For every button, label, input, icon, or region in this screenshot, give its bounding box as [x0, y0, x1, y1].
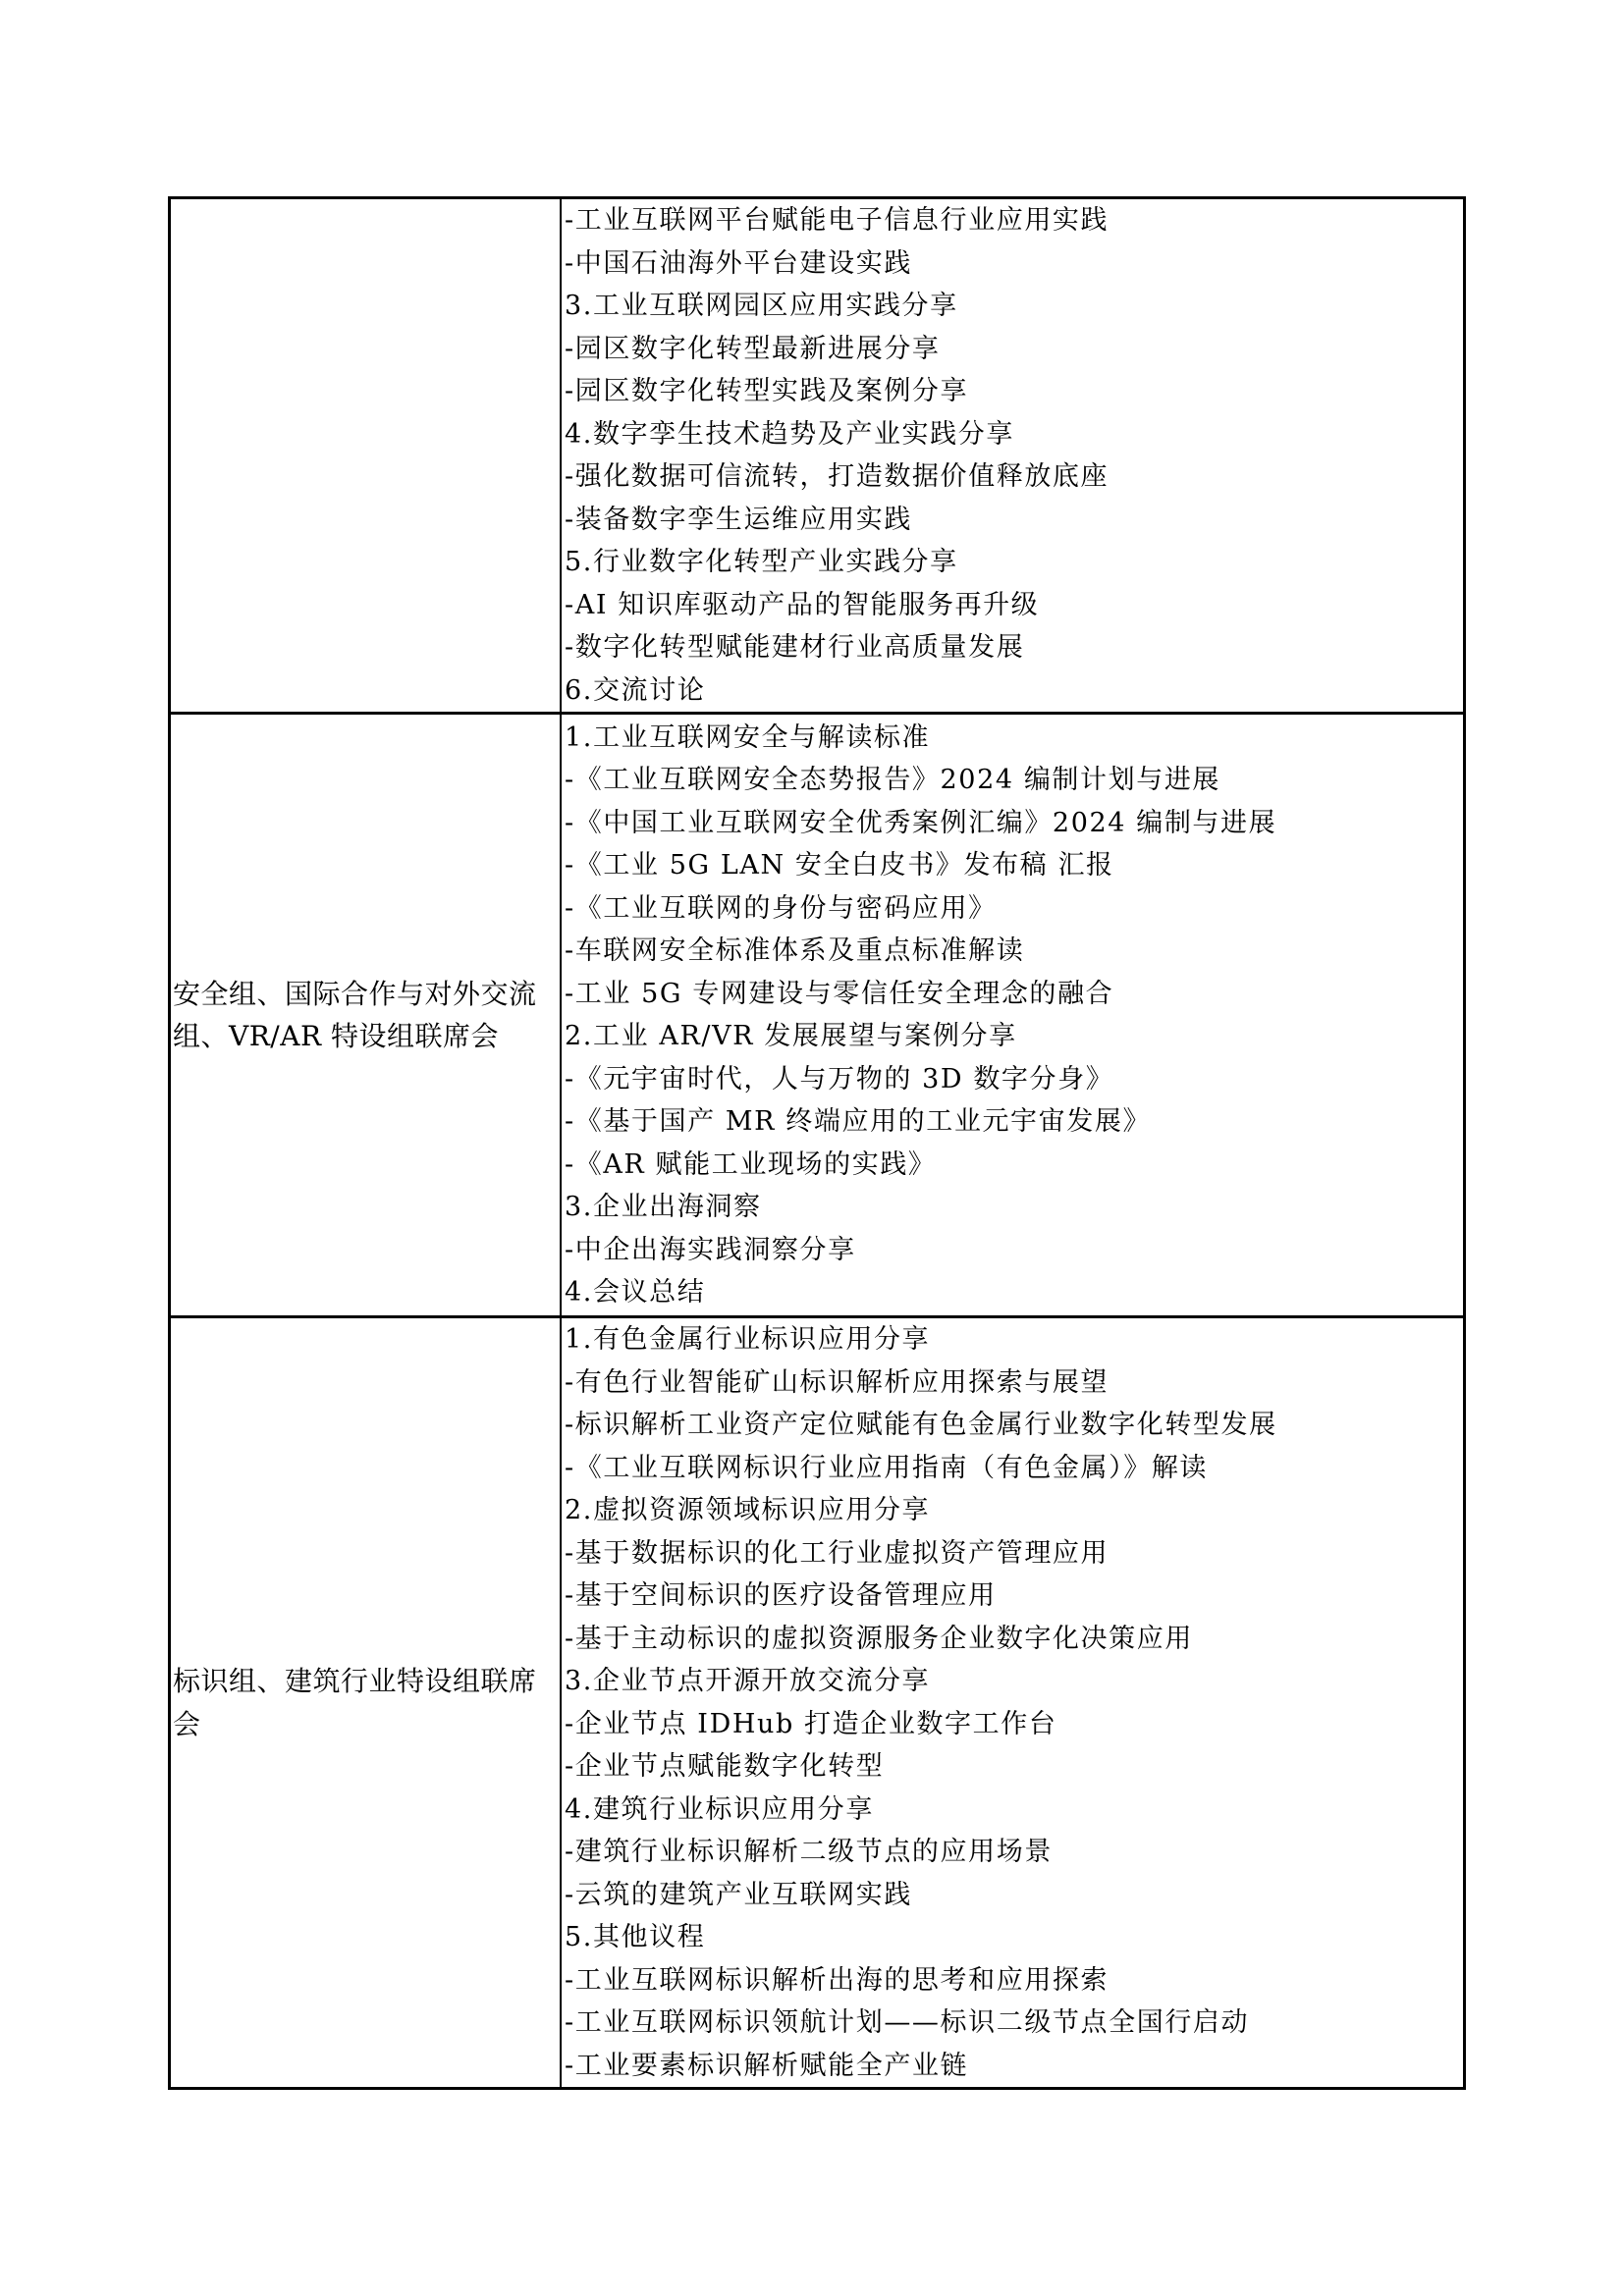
agenda-sub-item: -《元宇宙时代，人与万物的 3D 数字分身》 — [565, 1058, 1463, 1101]
group-name-cell: 安全组、国际合作与对外交流组、VR/AR 特设组联席会 — [170, 714, 562, 1317]
agenda-section-heading: 5.其他议程 — [565, 1916, 1463, 1959]
agenda-section-heading: 3.工业互联网园区应用实践分享 — [565, 285, 1463, 328]
agenda-sub-item: -基于空间标识的医疗设备管理应用 — [565, 1575, 1463, 1618]
agenda-section-heading: 1.工业互联网安全与解读标准 — [565, 717, 1463, 760]
agenda-sub-item: -企业节点赋能数字化转型 — [565, 1745, 1463, 1789]
agenda-item-list: 1.有色金属行业标识应用分享 -有色行业智能矿山标识解析应用探索与展望 -标识解… — [565, 1318, 1463, 2087]
table-row: 安全组、国际合作与对外交流组、VR/AR 特设组联席会 1.工业互联网安全与解读… — [170, 714, 1465, 1317]
agenda-sub-item: -中国石油海外平台建设实践 — [565, 242, 1463, 286]
agenda-sub-item: -工业 5G 专网建设与零信任安全理念的融合 — [565, 973, 1463, 1016]
agenda-sub-item: -工业要素标识解析赋能全产业链 — [565, 2045, 1463, 2088]
agenda-sub-item: -《工业互联网安全态势报告》2024 编制计划与进展 — [565, 759, 1463, 802]
agenda-sub-item: -园区数字化转型实践及案例分享 — [565, 370, 1463, 413]
agenda-sub-item: -工业互联网标识领航计划——标识二级节点全国行启动 — [565, 2002, 1463, 2045]
agenda-sub-item: -数字化转型赋能建材行业高质量发展 — [565, 626, 1463, 669]
agenda-section-heading: 3.企业出海洞察 — [565, 1186, 1463, 1229]
agenda-sub-item: -车联网安全标准体系及重点标准解读 — [565, 930, 1463, 973]
agenda-sub-item: -工业互联网平台赋能电子信息行业应用实践 — [565, 199, 1463, 242]
agenda-section-heading: 3.企业节点开源开放交流分享 — [565, 1660, 1463, 1703]
agenda-items-cell: -工业互联网平台赋能电子信息行业应用实践 -中国石油海外平台建设实践 3.工业互… — [561, 198, 1465, 714]
table-row: 标识组、建筑行业特设组联席会 1.有色金属行业标识应用分享 -有色行业智能矿山标… — [170, 1317, 1465, 2089]
agenda-item-list: 1.工业互联网安全与解读标准 -《工业互联网安全态势报告》2024 编制计划与进… — [565, 717, 1463, 1314]
group-name-cell: 标识组、建筑行业特设组联席会 — [170, 1317, 562, 2089]
agenda-sub-item: -园区数字化转型最新进展分享 — [565, 328, 1463, 371]
agenda-sub-item: -强化数据可信流转，打造数据价值释放底座 — [565, 455, 1463, 499]
table-row: -工业互联网平台赋能电子信息行业应用实践 -中国石油海外平台建设实践 3.工业互… — [170, 198, 1465, 714]
group-name: 标识组、建筑行业特设组联席会 — [173, 1660, 560, 1745]
agenda-sub-item: -《工业互联网的身份与密码应用》 — [565, 887, 1463, 931]
agenda-section-heading: 5.行业数字化转型产业实践分享 — [565, 541, 1463, 584]
agenda-sub-item: -《中国工业互联网安全优秀案例汇编》2024 编制与进展 — [565, 802, 1463, 845]
agenda-items-cell: 1.有色金属行业标识应用分享 -有色行业智能矿山标识解析应用探索与展望 -标识解… — [561, 1317, 1465, 2089]
group-name-cell — [170, 198, 562, 714]
agenda-sub-item: -基于数据标识的化工行业虚拟资产管理应用 — [565, 1532, 1463, 1575]
agenda-section-heading: 4.会议总结 — [565, 1271, 1463, 1314]
agenda-section-heading: 6.交流讨论 — [565, 669, 1463, 713]
agenda-sub-item: -标识解析工业资产定位赋能有色金属行业数字化转型发展 — [565, 1404, 1463, 1447]
agenda-sub-item: -云筑的建筑产业互联网实践 — [565, 1874, 1463, 1917]
agenda-sub-item: -工业互联网标识解析出海的思考和应用探索 — [565, 1959, 1463, 2002]
agenda-sub-item: -中企出海实践洞察分享 — [565, 1229, 1463, 1272]
group-name: 安全组、国际合作与对外交流组、VR/AR 特设组联席会 — [173, 973, 560, 1058]
agenda-sub-item: -装备数字孪生运维应用实践 — [565, 499, 1463, 542]
agenda-section-heading: 4.数字孪生技术趋势及产业实践分享 — [565, 413, 1463, 456]
agenda-sub-item: -企业节点 IDHub 打造企业数字工作台 — [565, 1703, 1463, 1746]
agenda-items-cell: 1.工业互联网安全与解读标准 -《工业互联网安全态势报告》2024 编制计划与进… — [561, 714, 1465, 1317]
agenda-sub-item: -《工业 5G LAN 安全白皮书》发布稿 汇报 — [565, 844, 1463, 887]
agenda-section-heading: 1.有色金属行业标识应用分享 — [565, 1318, 1463, 1362]
agenda-section-heading: 2.工业 AR/VR 发展展望与案例分享 — [565, 1015, 1463, 1058]
agenda-sub-item: -建筑行业标识解析二级节点的应用场景 — [565, 1831, 1463, 1874]
agenda-section-heading: 2.虚拟资源领域标识应用分享 — [565, 1489, 1463, 1532]
agenda-sub-item: -有色行业智能矿山标识解析应用探索与展望 — [565, 1362, 1463, 1405]
agenda-item-list: -工业互联网平台赋能电子信息行业应用实践 -中国石油海外平台建设实践 3.工业互… — [565, 199, 1463, 712]
agenda-sub-item: -《工业互联网标识行业应用指南（有色金属）》解读 — [565, 1447, 1463, 1490]
agenda-sub-item: -基于主动标识的虚拟资源服务企业数字化决策应用 — [565, 1618, 1463, 1661]
agenda-table: -工业互联网平台赋能电子信息行业应用实践 -中国石油海外平台建设实践 3.工业互… — [168, 196, 1466, 2090]
agenda-sub-item: -《AR 赋能工业现场的实践》 — [565, 1144, 1463, 1187]
agenda-section-heading: 4.建筑行业标识应用分享 — [565, 1789, 1463, 1832]
agenda-sub-item: -AI 知识库驱动产品的智能服务再升级 — [565, 584, 1463, 627]
agenda-sub-item: -《基于国产 MR 终端应用的工业元宇宙发展》 — [565, 1100, 1463, 1144]
